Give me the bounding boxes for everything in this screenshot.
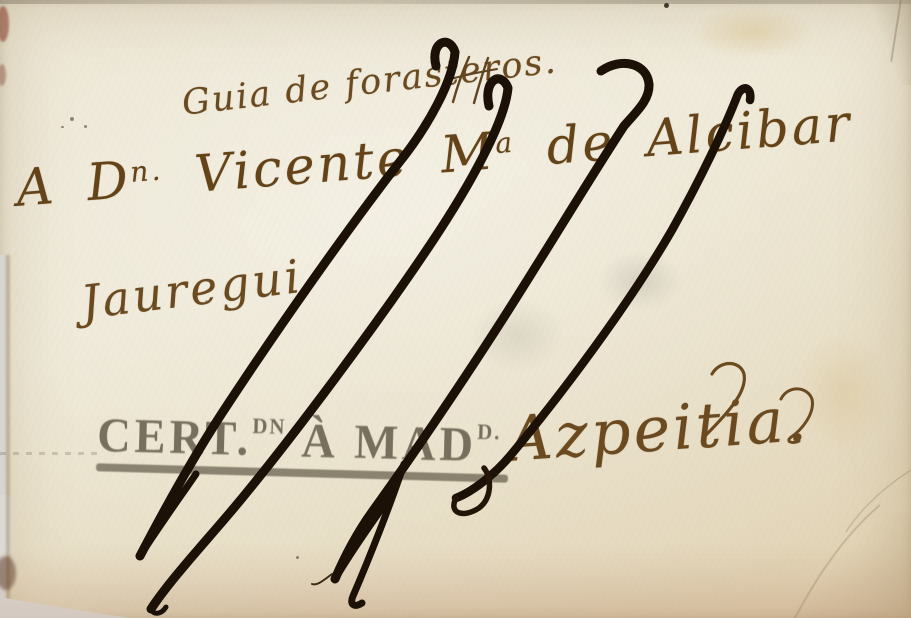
address-superscript-n: n. bbox=[129, 153, 164, 188]
postmark-cert-madrid: CERT.DN À MADD. bbox=[97, 406, 502, 474]
paper-spot-left-red bbox=[0, 6, 9, 42]
paper-edge-top bbox=[0, 0, 911, 4]
paper-stain-bottom-band bbox=[0, 546, 911, 618]
envelope-photo: CERT.DN À MADD. Guia de forasteros. A Dn… bbox=[0, 0, 911, 618]
postmark-text: CERT. bbox=[97, 407, 253, 466]
paper-stain-topright-yellow bbox=[690, 6, 815, 58]
address-part: A D bbox=[14, 151, 133, 219]
address-superscript-a: a bbox=[494, 125, 516, 159]
address-line-1: A Dn. Vicente Ma de Alcibar bbox=[14, 94, 855, 219]
postmark-superscript-d: D. bbox=[477, 419, 502, 445]
destination-azpeitia: Azpeitia. bbox=[505, 382, 811, 476]
paper-speck bbox=[70, 117, 74, 121]
address-part: de Alcibar bbox=[513, 94, 854, 179]
paper-speck bbox=[61, 126, 64, 128]
postmark-superscript-dn: DN bbox=[252, 413, 287, 439]
address-line-2: Jauregui bbox=[78, 249, 305, 330]
postmark-text-2: À MAD bbox=[285, 412, 477, 472]
envelope-paper: CERT.DN À MADD. Guia de forasteros. A Dn… bbox=[0, 0, 911, 618]
paper-speck bbox=[84, 125, 87, 128]
annotation-guia-de-forasteros: Guia de forasteros. bbox=[180, 41, 559, 123]
paper-smudge-center bbox=[598, 250, 683, 312]
paper-speck bbox=[296, 556, 299, 559]
postmark-frame-faint-left bbox=[0, 452, 100, 455]
paper-spot-left-red-2 bbox=[0, 64, 6, 86]
address-part: Vicente M bbox=[161, 122, 498, 207]
paper-smudge-center-2 bbox=[470, 298, 565, 373]
corner-crease-topright bbox=[869, 0, 911, 85]
paper-speck bbox=[664, 3, 669, 8]
